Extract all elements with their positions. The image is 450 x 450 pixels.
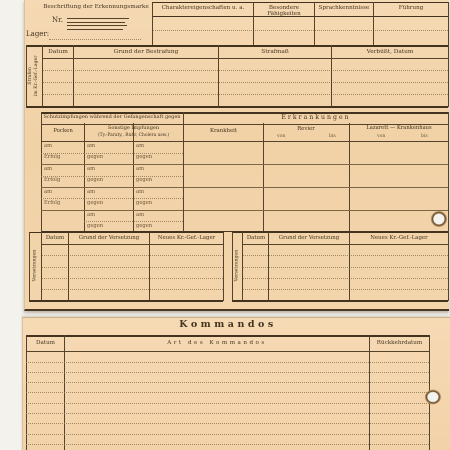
grid-line <box>26 392 429 393</box>
id-tag-title: Beschriftung der Erkennungsmarke <box>31 4 161 11</box>
grid-line <box>84 210 183 211</box>
illnesses-header: Erkrankungen <box>185 114 447 121</box>
transfers-side-label: Versetzungen <box>32 236 37 296</box>
cell-label: am <box>136 167 144 173</box>
nr-rule-line <box>67 22 125 23</box>
cell-label: gegen <box>87 201 103 207</box>
cell-label: am <box>87 167 95 173</box>
cell-label: gegen <box>87 178 103 184</box>
grid-line <box>263 123 264 231</box>
cell-label: gegen <box>136 178 152 184</box>
cell-label: gegen <box>136 155 152 161</box>
grid-line <box>26 372 429 373</box>
sickbay-to-label: bis <box>329 134 336 139</box>
grid-line <box>448 45 449 107</box>
cell-label: gegen <box>136 224 152 230</box>
cell-label: gegen <box>136 201 152 207</box>
grid-line <box>133 123 134 231</box>
grid-line <box>41 141 448 142</box>
cell-label: Erfolg <box>44 155 60 161</box>
nr-rule-line <box>67 18 129 19</box>
grid-line <box>84 221 183 222</box>
kommandos-header-date: Datum <box>27 340 64 346</box>
kommandos-header-return: Rückkehrdatum <box>370 340 429 346</box>
grid-line <box>26 362 429 363</box>
grid-line <box>149 232 150 301</box>
grid-line <box>184 210 448 211</box>
punish-header-reason: Grund der Bestrafung <box>74 49 218 56</box>
transfer-header-reason: Grund der Versetzung <box>269 235 349 241</box>
grid-line <box>29 232 223 233</box>
grid-line <box>84 164 183 165</box>
grid-line <box>26 403 429 404</box>
grid-line <box>29 232 30 301</box>
grid-line <box>183 112 184 232</box>
kommandos-card: Kommandos Datum Art des Kommandos Rückke… <box>22 317 450 450</box>
punish-header-date: Datum <box>43 49 73 56</box>
grid-line <box>42 70 448 71</box>
transfer-header-date: Datum <box>243 235 269 241</box>
grid-line <box>232 300 448 302</box>
grid-line <box>232 232 448 233</box>
punish-header-served: Verbüßt, Datum <box>332 49 448 56</box>
punishments-side-label: Strafen im Kr.-Gef.-Lager <box>28 46 40 106</box>
transfer-header-date: Datum <box>42 235 68 241</box>
cell-label: am <box>44 167 52 173</box>
scanned-form-background: Beschriftung der Erkennungsmarke Nr. Lag… <box>0 0 450 450</box>
traits-header-abilities: Besondere Fähigkeiten <box>254 5 314 18</box>
cell-label: am <box>44 144 52 150</box>
grid-line <box>42 82 448 83</box>
cell-label: am <box>136 213 144 219</box>
cell-label: am <box>136 144 144 150</box>
hospital-header: Lazarett — Krankenhaus <box>350 126 448 132</box>
lager-fill-line <box>49 39 141 40</box>
punishments-side-label-line1: Strafen <box>28 67 33 85</box>
cell-label: am <box>136 190 144 196</box>
grid-line <box>26 382 429 383</box>
grid-line <box>184 187 448 188</box>
cell-label: Erfolg <box>44 201 60 207</box>
grid-line <box>268 232 269 301</box>
nr-rule-line <box>67 29 123 30</box>
grid-line <box>26 45 448 47</box>
nr-rule-line <box>67 25 127 26</box>
grid-line <box>29 300 223 302</box>
grid-line <box>242 289 448 290</box>
grid-line <box>41 232 42 301</box>
sickbay-header: Revier <box>264 126 348 132</box>
cell-label: Erfolg <box>44 178 60 184</box>
grid-line <box>349 232 350 301</box>
transfers-side-label: Versetzungen <box>234 236 239 296</box>
grid-line <box>84 198 183 199</box>
cell-label: gegen <box>87 155 103 161</box>
grid-line <box>26 444 429 445</box>
kommandos-header-type: Art des Kommandos <box>65 340 369 346</box>
illness-name-header: Krankheit <box>185 128 262 134</box>
punch-hole <box>425 206 449 232</box>
grid-line <box>26 434 429 435</box>
grid-line <box>41 187 84 188</box>
grid-line <box>84 123 85 231</box>
grid-line <box>41 198 84 199</box>
hospital-to-label: bis <box>421 134 428 139</box>
cell-label: am <box>87 213 95 219</box>
grid-line <box>41 164 84 165</box>
personal-card-back: Beschriftung der Erkennungsmarke Nr. Lag… <box>24 0 449 311</box>
vaccinations-header: Schutzimpfungen während der Gefangenscha… <box>42 115 182 121</box>
kommandos-title: Kommandos <box>23 320 433 331</box>
punishments-side-label-line2: im Kr.-Gef.-Lager <box>34 55 39 96</box>
grid-line <box>184 164 448 165</box>
grid-line <box>448 2 449 45</box>
grid-line <box>26 413 429 414</box>
cell-label: gegen <box>87 224 103 230</box>
smallpox-header: Pocken <box>42 128 84 134</box>
traits-header-conduct: Führung <box>374 5 448 11</box>
grid-line <box>152 30 448 31</box>
grid-line <box>242 267 448 268</box>
grid-line <box>68 232 69 301</box>
sickbay-from-label: von <box>277 134 285 139</box>
transfer-header-newcamp: Neues Kr.-Gef.-Lager <box>350 235 448 241</box>
punish-header-measure: Strafmaß <box>219 49 331 56</box>
grid-line <box>242 278 448 279</box>
lager-label: Lager: <box>26 30 49 38</box>
cell-label: am <box>87 190 95 196</box>
grid-line <box>84 187 183 188</box>
traits-header-languages: Sprachkenntnisse <box>315 5 373 11</box>
grid-line <box>26 423 429 424</box>
grid-line <box>42 58 448 59</box>
punch-hole <box>419 385 443 409</box>
grid-line <box>232 232 233 301</box>
grid-line <box>42 94 448 95</box>
grid-line <box>349 123 350 231</box>
grid-line <box>41 210 84 211</box>
grid-line <box>26 45 27 107</box>
other-vaccinations-subheader: (Ty.-Paraty., Ruhr, Cholera usw.) <box>85 133 182 138</box>
grid-line <box>242 232 243 301</box>
hospital-from-label: von <box>377 134 385 139</box>
cell-label: am <box>44 190 52 196</box>
other-vaccinations-header: Sonstige Impfungen <box>85 126 182 132</box>
transfer-header-reason: Grund der Versetzung <box>69 235 149 241</box>
grid-line <box>242 244 448 245</box>
grid-line <box>448 232 449 301</box>
grid-line <box>152 2 449 3</box>
grid-line <box>223 232 224 301</box>
traits-header-character: Charaktereigenschaften u. a. <box>153 5 253 11</box>
id-tag-nr-label: Nr. <box>52 16 63 24</box>
cell-label: am <box>87 144 95 150</box>
grid-line <box>26 106 448 108</box>
transfer-header-newcamp: Neues Kr.-Gef.-Lager <box>150 235 223 241</box>
grid-line <box>242 255 448 256</box>
